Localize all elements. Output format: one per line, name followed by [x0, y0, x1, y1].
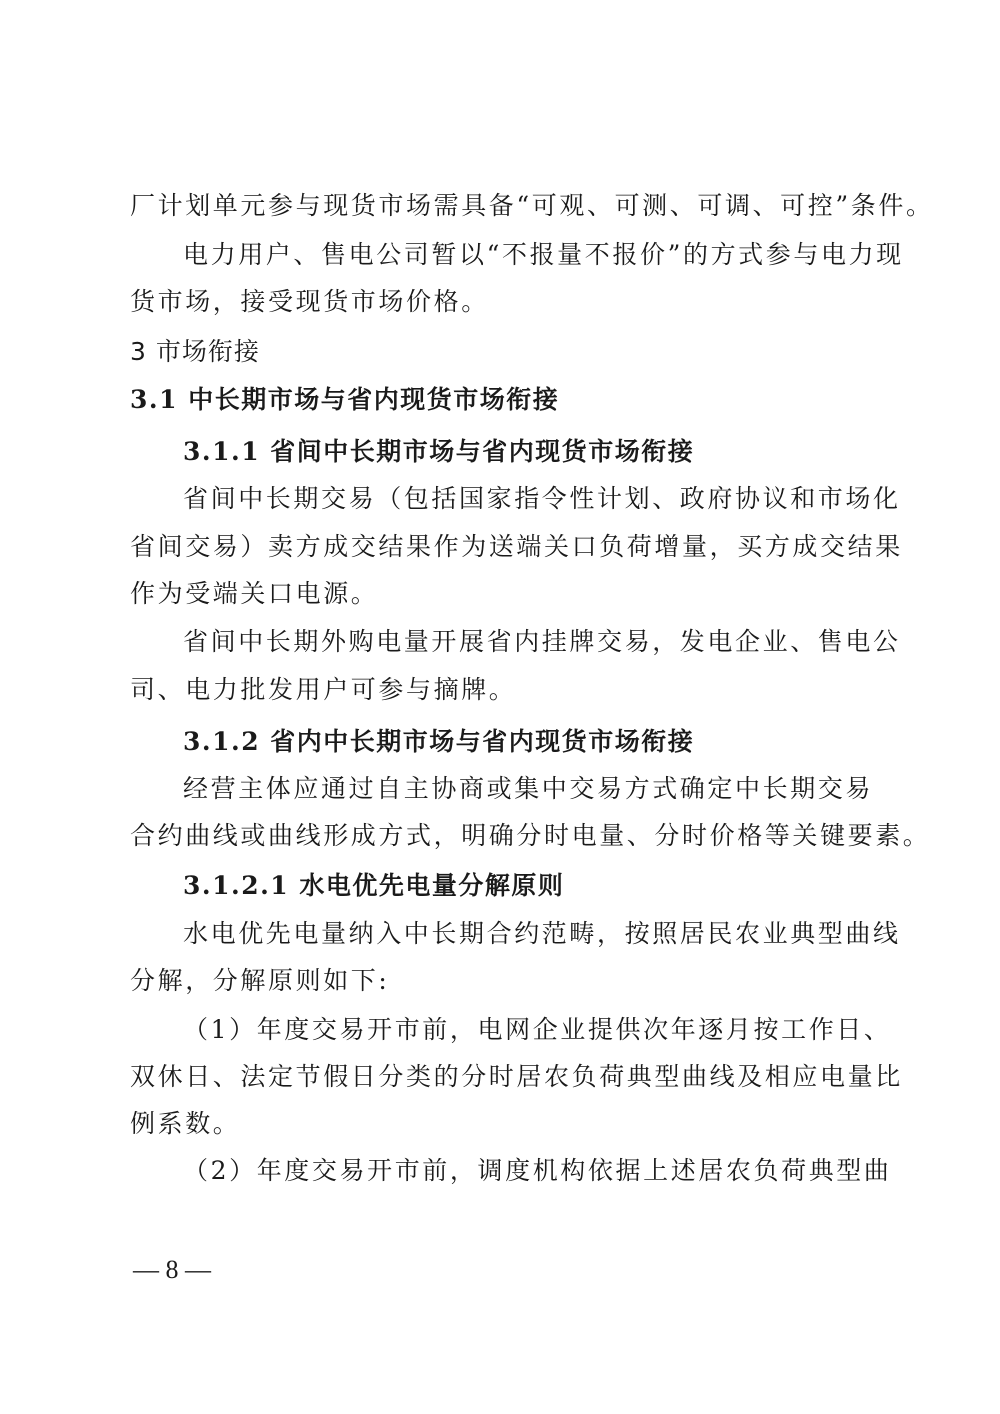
body-text-line: 分解，分解原则如下: [130, 963, 880, 999]
body-text-line: 电力用户、售电公司暂以“不报量不报价”的方式参与电力现 [183, 237, 933, 273]
section-heading-3-1-2-1: 3.1.2.1 水电优先电量分解原则 [183, 868, 933, 904]
body-text-line: 省间交易）卖方成交结果作为送端关口负荷增量，买方成交结果 [130, 529, 880, 565]
body-text-line: 经营主体应通过自主协商或集中交易方式确定中长期交易 [183, 771, 933, 807]
section-heading-3-1: 3.1 中长期市场与省内现货市场衔接 [130, 382, 880, 418]
section-heading-3-1-1: 3.1.1 省间中长期市场与省内现货市场衔接 [183, 434, 933, 470]
body-text-line: 作为受端关口电源。 [130, 576, 880, 612]
section-heading-3: 3 市场衔接 [130, 334, 880, 370]
body-text-line: 货市场，接受现货市场价格。 [130, 284, 880, 320]
body-text-line: 司、电力批发用户可参与摘牌。 [130, 672, 880, 708]
body-text-line: 合约曲线或曲线形成方式，明确分时电量、分时价格等关键要素。 [130, 818, 880, 854]
body-text-line: （1）年度交易开市前，电网企业提供次年逐月按工作日、 [183, 1012, 933, 1048]
section-heading-3-1-2: 3.1.2 省内中长期市场与省内现货市场衔接 [183, 724, 933, 760]
body-text-line: （2）年度交易开市前，调度机构依据上述居农负荷典型曲 [183, 1153, 933, 1189]
body-text-line: 水电优先电量纳入中长期合约范畴，按照居民农业典型曲线 [183, 916, 933, 952]
body-text-line: 例系数。 [130, 1106, 880, 1142]
body-text-line: 省间中长期外购电量开展省内挂牌交易，发电企业、售电公 [183, 624, 933, 660]
body-text-line: 省间中长期交易（包括国家指令性计划、政府协议和市场化 [183, 481, 933, 517]
page-number: — 8 — [133, 1255, 211, 1285]
body-text-line: 双休日、法定节假日分类的分时居农负荷典型曲线及相应电量比 [130, 1059, 880, 1095]
document-page: 厂计划单元参与现货市场需具备“可观、可测、可调、可控”条件。 电力用户、售电公司… [0, 0, 1000, 1414]
body-text-line: 厂计划单元参与现货市场需具备“可观、可测、可调、可控”条件。 [130, 188, 880, 224]
